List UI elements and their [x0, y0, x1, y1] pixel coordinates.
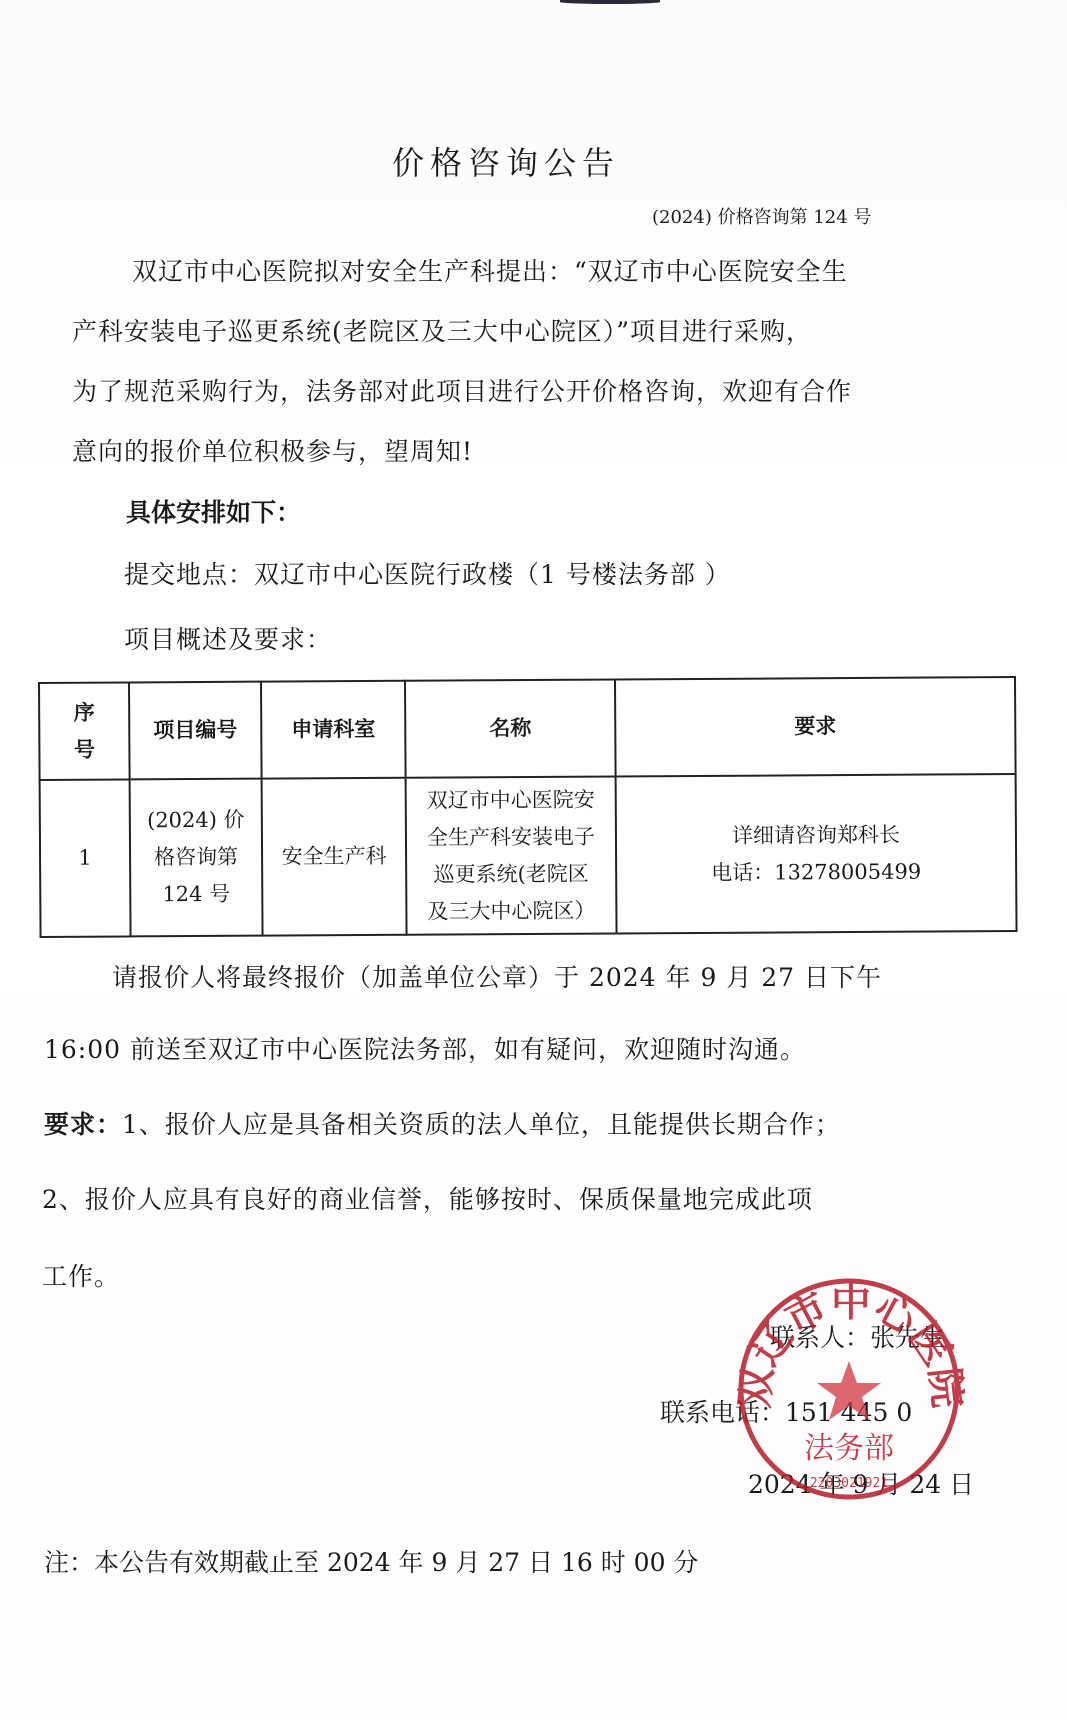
- submission-location: 提交地点：双辽市中心医院行政楼（1 号楼法务部 ）: [124, 555, 731, 591]
- header-name: 名称: [405, 679, 616, 777]
- overview-heading: 项目概述及要求：: [124, 620, 332, 656]
- contact-phone: 联系电话：151 445 0: [660, 1393, 912, 1429]
- header-seq: 序 号: [39, 682, 130, 780]
- cell-code: (2024) 价 格咨询第 124 号: [130, 779, 263, 937]
- cell-seq: 1: [40, 779, 131, 937]
- requirement-line-1: 要求：1、报价人应是具备相关资质的法人单位，且能提供长期合作；: [44, 1105, 841, 1141]
- document-title: 价格咨询公告: [392, 138, 620, 184]
- table-row: 1 (2024) 价 格咨询第 124 号 安全生产科 双辽市中心医院安 全生产…: [40, 774, 1017, 937]
- document-number: (2024) 价格咨询第 124 号: [652, 203, 871, 229]
- cell-dept: 安全生产科: [262, 778, 407, 936]
- contact-person: 联系人：张先生: [770, 1318, 945, 1354]
- signature-date: 2024 年 9 月 24 日: [748, 1465, 974, 1501]
- requirement-label: 要求：: [44, 1110, 122, 1139]
- project-table: 序 号 项目编号 申请科室 名称 要求 1 (2024) 价 格咨询第 124 …: [38, 676, 1018, 938]
- deadline-line-2: 16:00 前送至双辽市中心医院法务部，如有疑问，欢迎随时沟通。: [44, 1030, 806, 1066]
- intro-line-3: 为了规范采购行为，法务部对此项目进行公开价格咨询，欢迎有合作: [72, 372, 852, 408]
- validity-note: 注：本公告有效期截止至 2024 年 9 月 27 日 16 时 00 分: [44, 1543, 698, 1579]
- intro-line-4: 意向的报价单位积极参与，望周知!: [72, 432, 473, 468]
- requirement-line-2: 2、报价人应具有良好的商业信誉，能够按时、保质保量地完成此项: [42, 1180, 813, 1216]
- requirement-line-3: 工作。: [42, 1257, 120, 1293]
- header-dept: 申请科室: [261, 681, 406, 779]
- document-page: 价格咨询公告 (2024) 价格咨询第 124 号 双辽市中心医院拟对安全生产科…: [0, 0, 1067, 1720]
- intro-line-2: 产科安装电子巡更系统(老院区及三大中心院区）”项目进行采购，: [72, 312, 812, 348]
- cell-name: 双辽市中心医院安 全生产科安装电子 巡更系统(老院区 及三大中心院区）: [406, 776, 617, 934]
- header-code: 项目编号: [129, 682, 262, 780]
- scan-edge-shadow: [560, 0, 660, 4]
- svg-text:法务部: 法务部: [804, 1431, 894, 1466]
- intro-line-1: 双辽市中心医院拟对安全生产科提出：“双辽市中心医院安全生: [132, 252, 848, 288]
- header-requirement: 要求: [615, 677, 1016, 776]
- arrangement-heading: 具体安排如下：: [126, 493, 301, 529]
- deadline-line-1: 请报价人将最终报价（加盖单位公章）于 2024 年 9 月 27 日下午: [112, 958, 882, 994]
- table-header-row: 序 号 项目编号 申请科室 名称 要求: [39, 677, 1016, 780]
- cell-requirement: 详细请咨询郑科长 电话：13278005499: [616, 774, 1017, 933]
